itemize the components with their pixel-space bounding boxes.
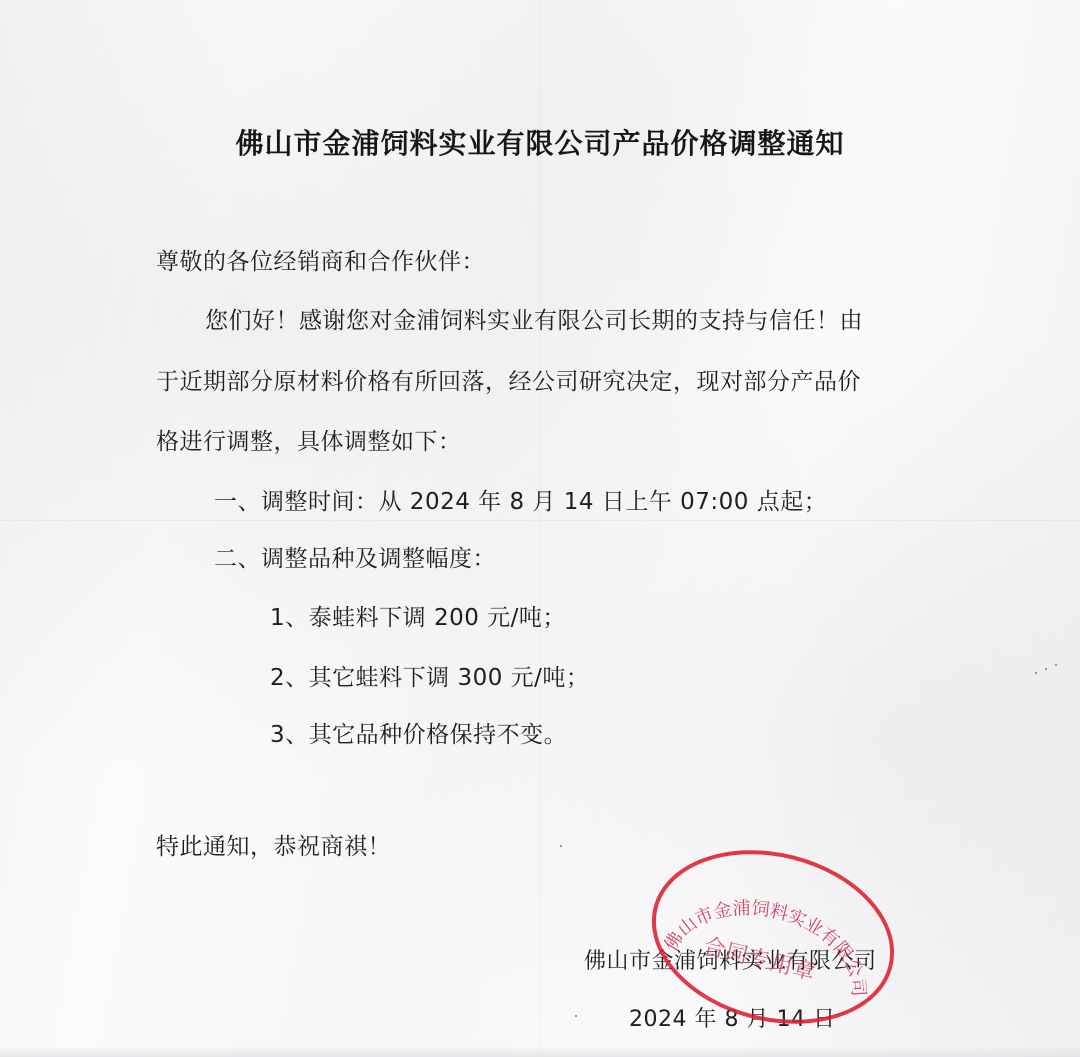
paper-speck — [1055, 664, 1057, 666]
sub-item-2: 2、其它蛙料下调 300 元/吨； — [270, 659, 589, 692]
body-line-1: 您们好！感谢您对金浦饲料实业有限公司长期的支持与信任！由 — [205, 302, 863, 335]
document-title: 佛山市金浦饲料实业有限公司产品价格调整通知 — [0, 122, 1080, 162]
item-adjustment-time: 一、调整时间：从 2024 年 8 月 14 日上午 07:00 点起； — [214, 483, 827, 516]
seal-arc-label: 佛山市金浦饲料实业有限公司 — [659, 877, 886, 1002]
page-bottom-edge — [0, 1046, 1080, 1057]
paper-speck — [575, 1015, 577, 1017]
paper-speck — [560, 845, 562, 847]
salutation: 尊敬的各位经销商和合作伙伴： — [156, 243, 485, 276]
closing-line: 特此通知，恭祝商祺！ — [156, 828, 391, 861]
body-line-2: 于近期部分原材料价格有所回落，经公司研究决定，现对部分产品价 — [156, 363, 861, 396]
sub-item-3: 3、其它品种价格保持不变。 — [270, 716, 567, 749]
svg-text:佛山市金浦饲料实业有限公司: 佛山市金浦饲料实业有限公司 — [659, 877, 886, 1002]
body-line-3: 格进行调整，具体调整如下： — [156, 423, 462, 456]
paper-speck — [1045, 668, 1047, 670]
paper-speck — [1035, 672, 1037, 674]
scanned-notice-page: 佛山市金浦饲料实业有限公司产品价格调整通知 尊敬的各位经销商和合作伙伴： 您们好… — [0, 0, 1080, 1057]
sub-item-1: 1、泰蛙料下调 200 元/吨； — [270, 599, 566, 632]
item-adjustment-scope: 二、调整品种及调整幅度： — [214, 540, 496, 573]
